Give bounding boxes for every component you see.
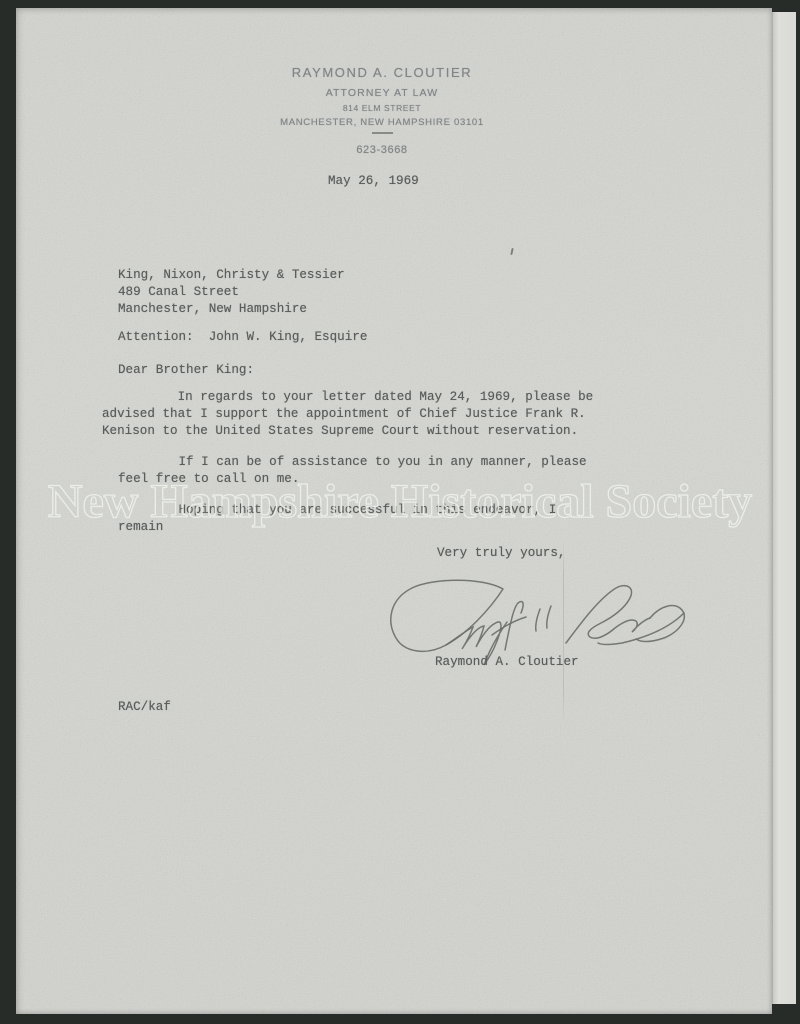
recipient-line: Manchester, New Hampshire — [118, 301, 307, 318]
closing: Very truly yours, — [437, 545, 565, 562]
salutation: Dear Brother King: — [118, 362, 254, 379]
letterhead-city: MANCHESTER, NEW HAMPSHIRE 03101 — [16, 117, 748, 128]
letterhead-phone: 623-3668 — [16, 144, 748, 156]
letter-date: May 26, 1969 — [328, 173, 419, 190]
adjacent-page-edge — [772, 12, 796, 1004]
recipient-line: King, Nixon, Christy & Tessier — [118, 267, 345, 284]
scanned-letter-page: RAYMOND A. CLOUTIER ATTORNEY AT LAW 814 … — [16, 8, 772, 1014]
attention-line: Attention: John W. King, Esquire — [118, 329, 367, 346]
paper-crease — [563, 538, 564, 726]
letterhead-title: ATTORNEY AT LAW — [16, 87, 748, 99]
signed-name: Raymond A. Cloutier — [435, 654, 579, 671]
body-paragraph: In regards to your letter dated May 24, … — [102, 389, 662, 440]
scan-artifact-mark — [510, 248, 513, 255]
body-paragraph: Hoping that you are successful in this e… — [118, 502, 678, 536]
letterhead-divider — [372, 132, 393, 134]
recipient-line: 489 Canal Street — [118, 284, 239, 301]
scanner-background: { "scan": { "background_color": "#282c28… — [0, 0, 800, 1024]
body-paragraph: If I can be of assistance to you in any … — [118, 454, 678, 488]
letterhead-street: 814 ELM STREET — [16, 103, 748, 113]
reference-initials: RAC/kaf — [118, 699, 171, 716]
letterhead-name: RAYMOND A. CLOUTIER — [16, 65, 748, 80]
